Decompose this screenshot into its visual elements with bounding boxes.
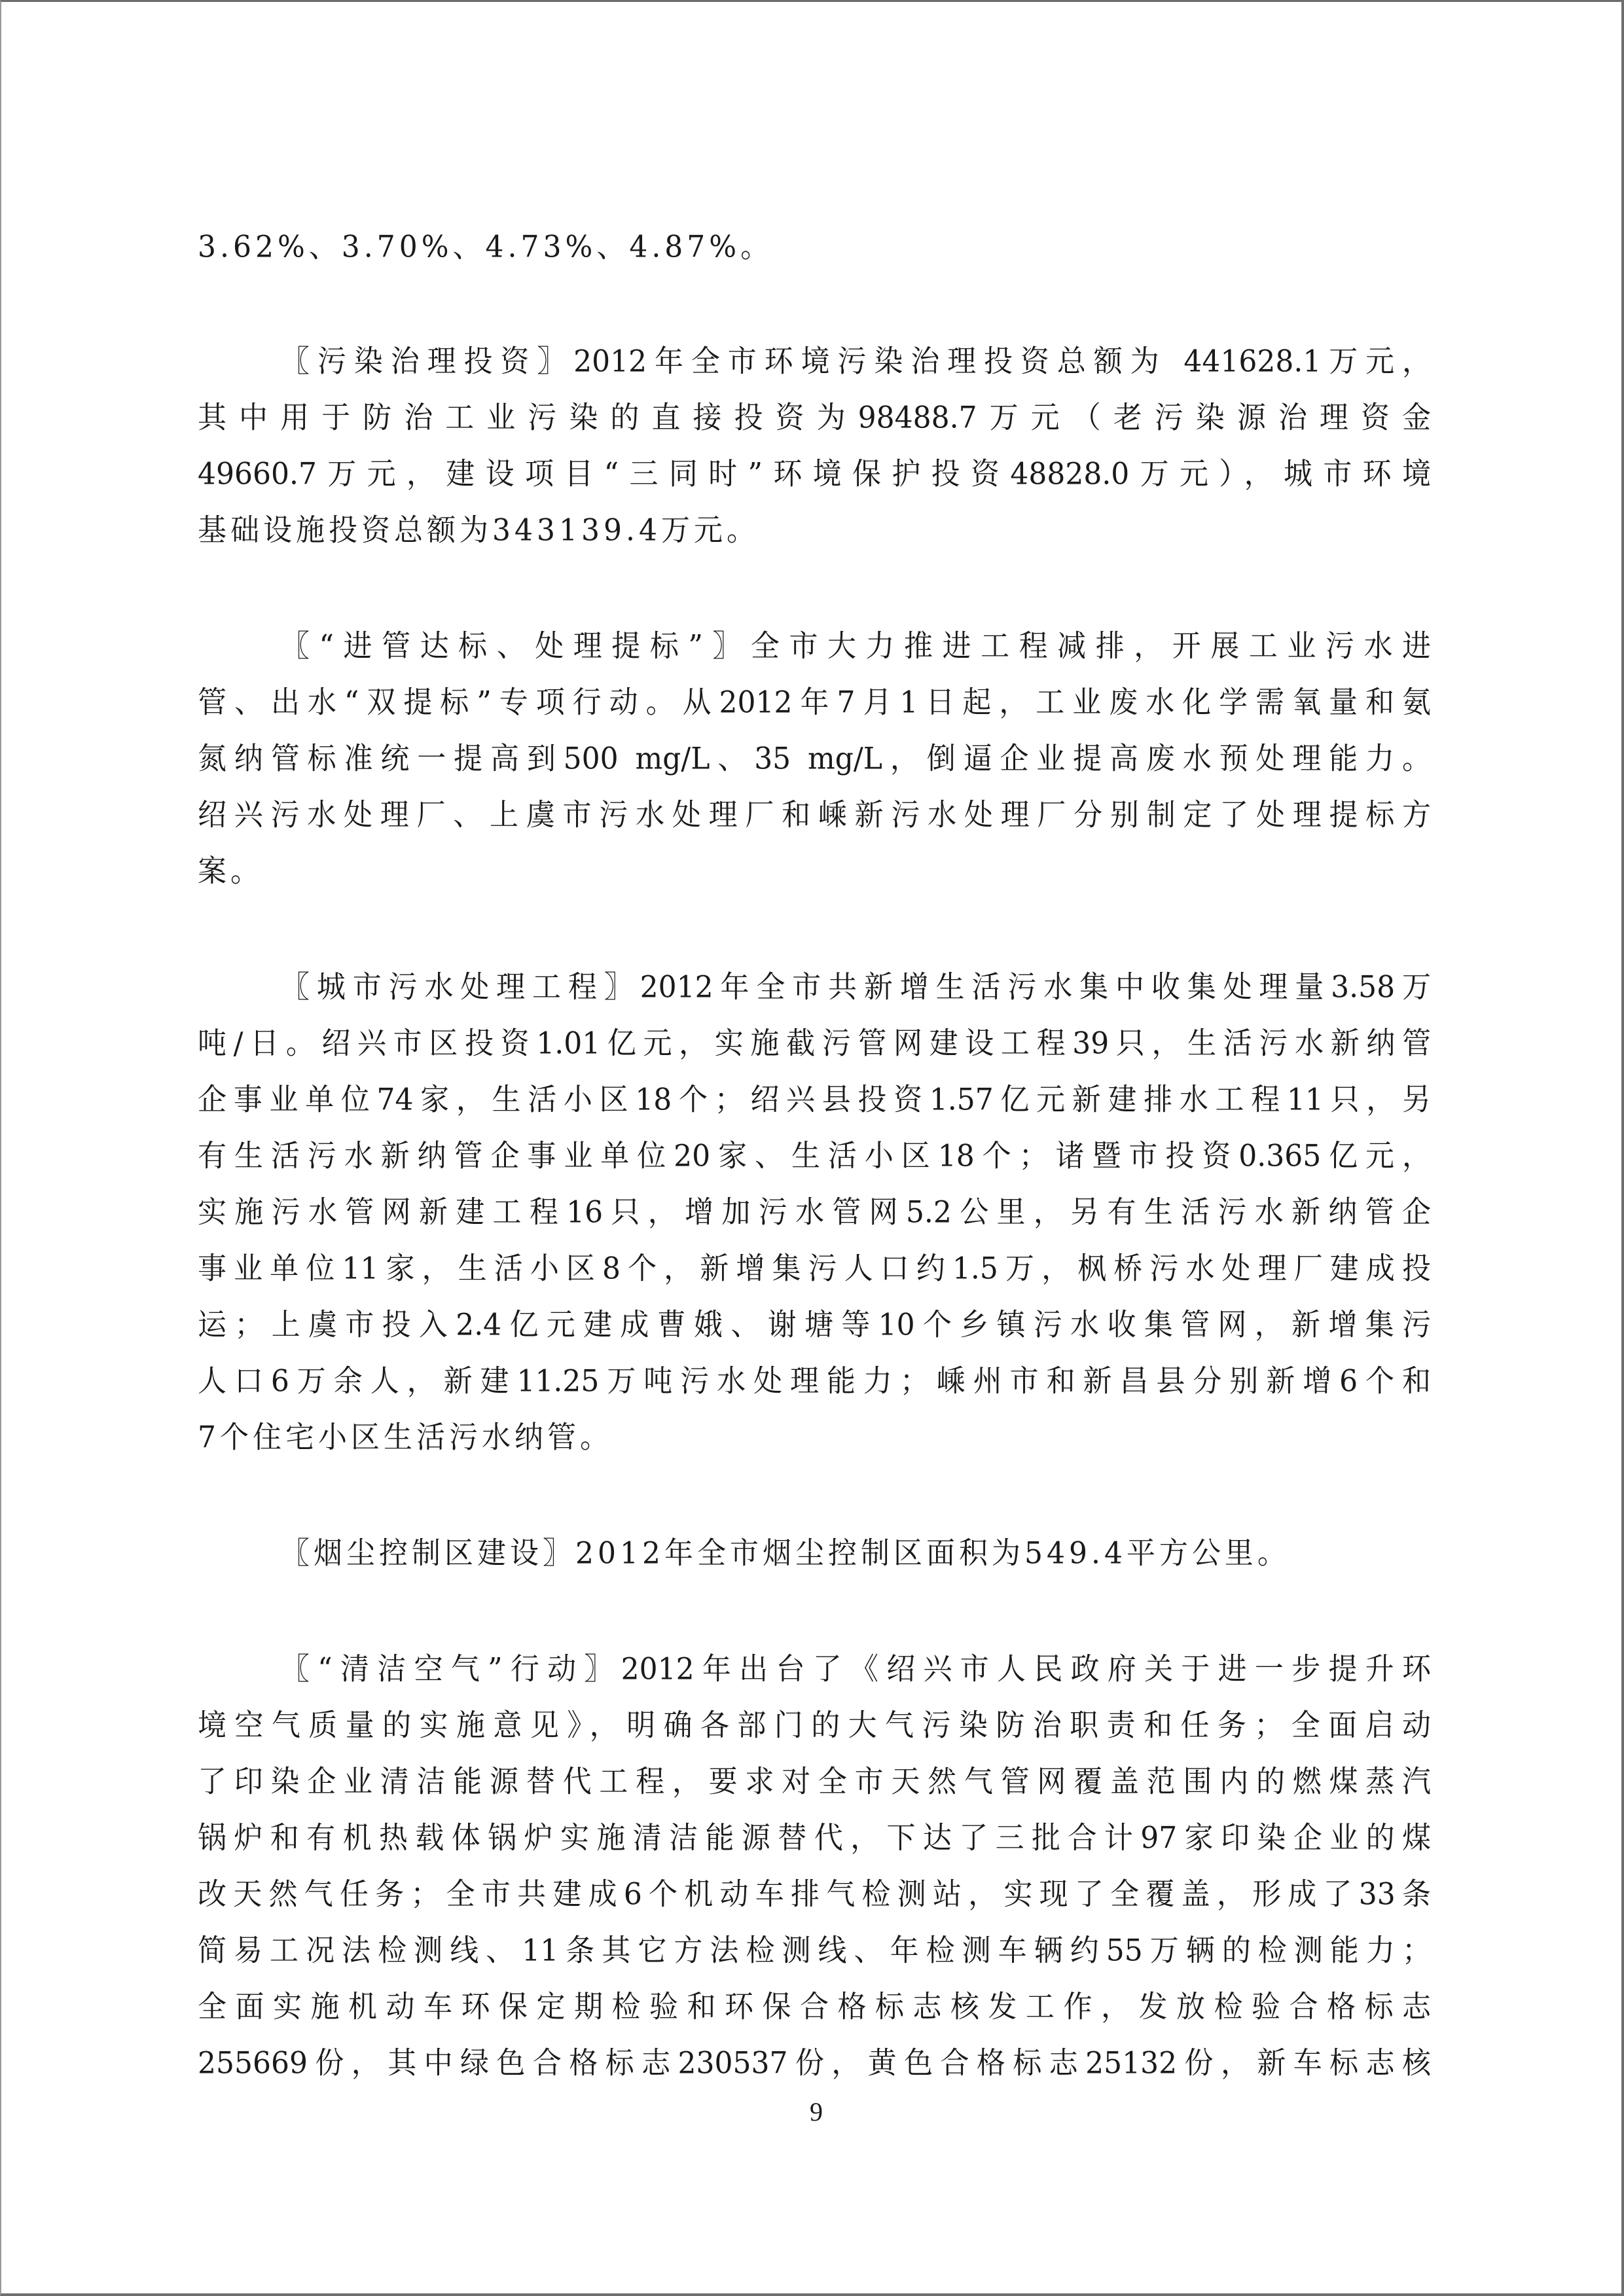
section-pipe-standard-line: 〖“进管达标、处理提标”〗全市大力推进工程减排，开展工业污水进	[281, 626, 1431, 668]
paragraph-line: 改天然气任务；全市共建成6个机动车排气检测站，实现了全覆盖，形成了33条	[198, 1874, 1431, 1916]
paragraph-line: 255669份，其中绿色合格标志230537份，黄色合格标志25132份，新车标…	[198, 2043, 1431, 2085]
document-page: 3.62%、3.70%、4.73%、4.87%。 〖污染治理投资〗2012年全市…	[0, 0, 1624, 2296]
paragraph-line: 全面实施机动车环保定期检验和环保合格标志核发工作，发放检验合格标志	[198, 1987, 1431, 2028]
paragraph-line: 49660.7万元，建设项目“三同时”环境保护投资48828.0万元），城市环境	[198, 454, 1431, 495]
paragraph-line: 事业单位11家，生活小区8个，新增集污人口约1.5万，枫桥污水处理厂建成投	[198, 1249, 1431, 1290]
section-clean-air-line: 〖“清洁空气”行动〗2012年出台了《绍兴市人民政府关于进一步提升环	[281, 1649, 1431, 1691]
paragraph-line: 境空气质量的实施意见》，明确各部门的大气污染防治职责和任务；全面启动	[198, 1706, 1431, 1747]
paragraph-line: 人口6万余人，新建11.25万吨污水处理能力；嵊州市和新昌县分别新增6个和	[198, 1361, 1431, 1403]
paragraph-line: 7个住宅小区生活污水纳管。	[198, 1418, 1431, 1459]
paragraph-line: 了印染企业清洁能源替代工程，要求对全市天然气管网覆盖范围内的燃煤蒸汽	[198, 1762, 1431, 1803]
paragraph-line: 实施污水管网新建工程16只，增加污水管网5.2公里，另有生活污水新纳管企	[198, 1193, 1431, 1234]
paragraph-line: 绍兴污水处理厂、上虞市污水处理厂和嵊新污水处理厂分别制定了处理提标方	[198, 795, 1431, 836]
page-number: 9	[800, 2096, 833, 2127]
section-smoke-control-line: 〖烟尘控制区建设〗2012年全市烟尘控制区面积为549.4平方公里。	[281, 1534, 1431, 1575]
paragraph-line: 简易工况法检测线、11条其它方法检测线、年检测车辆约55万辆的检测能力；	[198, 1931, 1431, 1972]
paragraph-line: 其中用于防治工业污染的直接投资为98488.7万元（老污染源治理资金	[198, 398, 1431, 439]
paragraph-line: 案。	[198, 852, 1431, 893]
paragraph-line: 锅炉和有机热载体锅炉实施清洁能源替代，下达了三批合计97家印染企业的煤	[198, 1818, 1431, 1859]
paragraph-line: 企事业单位74家，生活小区18个；绍兴县投资1.57亿元新建排水工程11只，另	[198, 1080, 1431, 1121]
paragraph-line: 基础设施投资总额为343139.4万元。	[198, 511, 1431, 552]
paragraph-line: 有生活污水新纳管企事业单位20家、生活小区18个；诸暨市投资0.365亿元，	[198, 1136, 1431, 1177]
paragraph-line: 管、出水“双提标”专项行动。从2012年7月1日起，工业废水化学需氧量和氨	[198, 683, 1431, 724]
section-pollution-investment-line: 〖污染治理投资〗2012年全市环境污染治理投资总额为 441628.1万元，	[281, 342, 1431, 383]
section-urban-sewage-line: 〖城市污水处理工程〗2012年全市共新增生活污水集中收集处理量3.58万	[281, 967, 1431, 1009]
paragraph-line: 运；上虞市投入2.4亿元建成曹娥、谢塘等10个乡镇污水收集管网，新增集污	[198, 1305, 1431, 1346]
paragraph-line: 吨/日。绍兴市区投资1.01亿元，实施截污管网建设工程39只，生活污水新纳管	[198, 1024, 1431, 1065]
paragraph-line: 氮纳管标准统一提高到500 mg/L、35 mg/L，倒逼企业提高废水预处理能力…	[198, 739, 1431, 780]
paragraph-line: 3.62%、3.70%、4.73%、4.87%。	[198, 227, 1431, 268]
